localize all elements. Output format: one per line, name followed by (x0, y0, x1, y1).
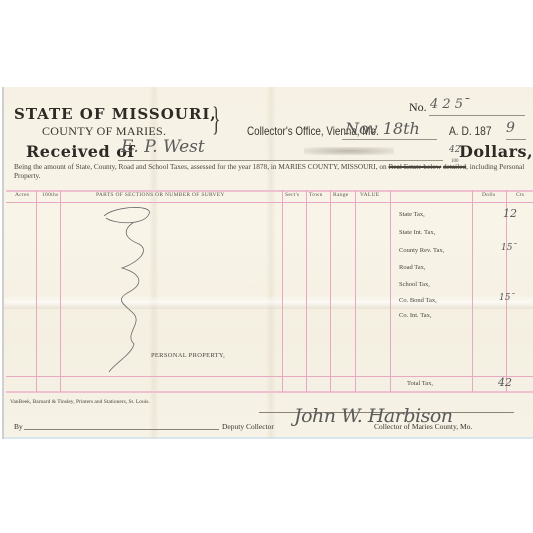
tax-label-co-int: Co. Int. Tax, (399, 312, 431, 319)
col-header-dolls: Dolls (482, 192, 495, 198)
tax-label-county-rev: County Rev. Tax, (399, 247, 444, 254)
struck-text: detailed (443, 162, 466, 171)
column-rule (506, 190, 507, 392)
date-value: Nov 18th (345, 119, 420, 138)
tax-label-state: State Tax, (399, 211, 425, 218)
cts-co-bond: 15ˉ (499, 293, 515, 303)
by-label: By (14, 422, 23, 431)
dollars-label: Dollars, (459, 142, 533, 161)
table-top-rule (6, 190, 533, 192)
deputy-signature-line (24, 429, 219, 430)
col-header-parts: PARTS OF SECTIONS OR NUMBER OF SURVEY (96, 192, 225, 198)
column-rule (472, 190, 473, 392)
cts-state: 12 (503, 207, 517, 220)
cts-total: 42 (498, 376, 512, 389)
collector-title-label: Collector of Maries County, Mo. (374, 422, 472, 431)
received-line (118, 160, 443, 161)
col-header-town: Town (309, 192, 323, 198)
received-of-label: Received of (26, 142, 135, 161)
column-rule (36, 190, 37, 392)
receipt-number-value: 4 2 5ˉ (430, 97, 470, 112)
column-rule (60, 190, 61, 392)
ink-smudge (304, 147, 394, 155)
description-text: Being the amount of State, County, Road … (14, 162, 389, 171)
printer-imprint: VanBeek, Barnard & Tinsley, Printers and… (10, 399, 150, 405)
tax-label-school: School Tax, (399, 281, 430, 288)
struck-text: Real Estate below (389, 162, 442, 171)
state-title: STATE OF MISSOURI, (14, 105, 217, 123)
col-header-acres: Acres (15, 192, 29, 198)
year-line (506, 139, 526, 140)
col-header-hundredths: 100ths (42, 192, 58, 198)
receipt-number-label: No. (409, 100, 427, 115)
tax-label-total: Total Tax, (407, 380, 433, 387)
year-digit: 9 (506, 120, 515, 136)
column-rule (330, 190, 331, 392)
date-line (342, 139, 437, 140)
col-header-range: Range (333, 192, 349, 198)
column-rule (282, 190, 283, 392)
tax-label-road: Road Tax, (399, 264, 426, 271)
total-rule (6, 376, 533, 377)
tax-receipt-document: STATE OF MISSOURI, COUNTY OF MARIES. } N… (2, 87, 533, 439)
col-header-sects: Sect's (285, 192, 299, 198)
tax-table: Acres 100ths PARTS OF SECTIONS OR NUMBER… (6, 190, 533, 392)
column-rule (390, 190, 391, 392)
table-bottom-rule (6, 391, 533, 393)
column-rule (306, 190, 307, 392)
payer-name: E. P. West (121, 137, 205, 157)
deputy-collector-label: Deputy Collector (222, 422, 274, 431)
col-header-cts: Cts (516, 192, 524, 198)
col-header-value: VALUE (360, 192, 379, 198)
anno-domini-label: A. D. 187 (449, 124, 492, 138)
tax-label-state-int: State Int. Tax, (399, 229, 435, 236)
receipt-number-line (429, 115, 525, 116)
column-rule (355, 190, 356, 392)
handwritten-scribble-icon (94, 204, 164, 374)
brace-glyph: } (212, 103, 220, 137)
header-rule (6, 202, 533, 203)
tax-label-co-bond: Co. Bond Tax, (399, 297, 437, 304)
receipt-description: Being the amount of State, County, Road … (14, 162, 529, 180)
cts-county-rev: 15ˉ (501, 243, 517, 253)
personal-property-label: PERSONAL PROPERTY, (151, 352, 225, 359)
